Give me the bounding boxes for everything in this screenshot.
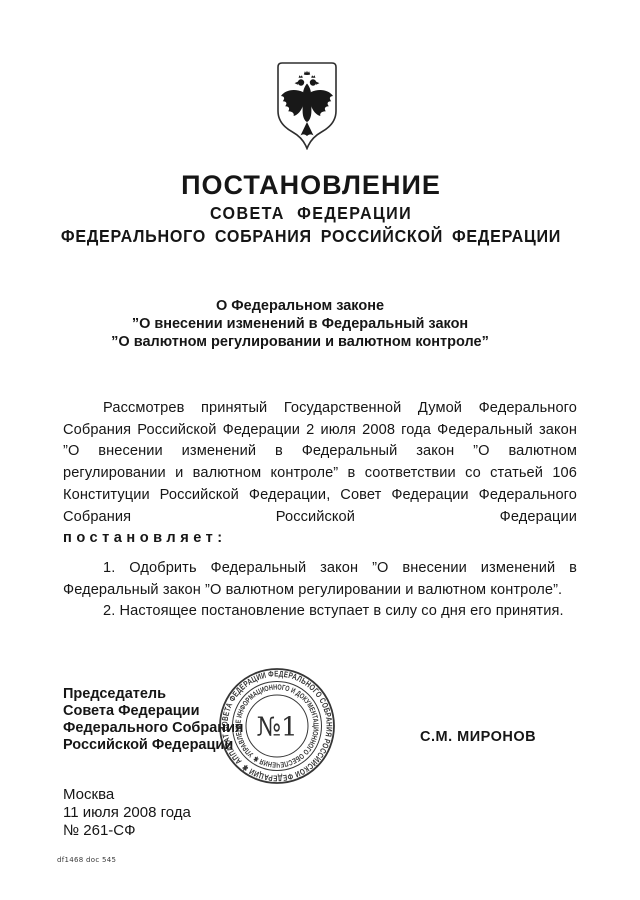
- signature-position-line: Российской Федерации: [63, 737, 243, 754]
- signer-name: С.М. МИРОНОВ: [420, 729, 536, 745]
- document-title: ПОСТАНОВЛЕНИЕ: [0, 170, 622, 201]
- issue-date: 11 июля 2008 года: [63, 804, 191, 822]
- issue-block: Москва 11 июля 2008 года № 261-СФ: [63, 786, 191, 840]
- resolution-item-2: 2. Настоящее постановление вступает в си…: [63, 601, 577, 623]
- resolution-items: 1. Одобрить Федеральный закон ”О внесени…: [63, 558, 577, 623]
- stamp-number: №1: [256, 713, 297, 743]
- file-note: df1468 doc 545: [57, 856, 116, 864]
- official-round-stamp-icon: АППАРАТ СОВЕТА ФЕДЕРАЦИИ ФЕДЕРАЛЬНОГО СО…: [218, 667, 336, 785]
- resolves-word: постановляет:: [63, 528, 577, 550]
- subject-line: О Федеральном законе: [40, 297, 560, 315]
- subject-line: ”О валютном регулировании и валютном кон…: [40, 333, 560, 351]
- document-page: ПОСТАНОВЛЕНИЕ СОВЕТА ФЕДЕРАЦИИ ФЕДЕРАЛЬН…: [0, 0, 640, 900]
- resolution-item-1: 1. Одобрить Федеральный закон ”О внесени…: [63, 558, 577, 601]
- issue-city: Москва: [63, 786, 191, 804]
- subject-block: О Федеральном законе ”О внесении изменен…: [40, 297, 560, 351]
- signature-position-block: Председатель Совета Федерации Федерально…: [63, 686, 243, 754]
- russian-coat-of-arms-icon: [271, 62, 343, 150]
- document-subtitle-1: СОВЕТА ФЕДЕРАЦИИ: [25, 203, 597, 224]
- signature-position-line: Федерального Собрания: [63, 720, 243, 737]
- preamble-paragraph: Рассмотрев принятый Государственной Думо…: [63, 398, 577, 528]
- document-subtitle-2: ФЕДЕРАЛЬНОГО СОБРАНИЯ РОССИЙСКОЙ ФЕДЕРАЦ…: [25, 226, 597, 247]
- subject-line: ”О внесении изменений в Федеральный зако…: [40, 315, 560, 333]
- body-text: Рассмотрев принятый Государственной Думо…: [63, 398, 577, 623]
- signature-position-line: Председатель: [63, 686, 243, 703]
- signature-position-line: Совета Федерации: [63, 703, 243, 720]
- issue-number: № 261-СФ: [63, 822, 191, 840]
